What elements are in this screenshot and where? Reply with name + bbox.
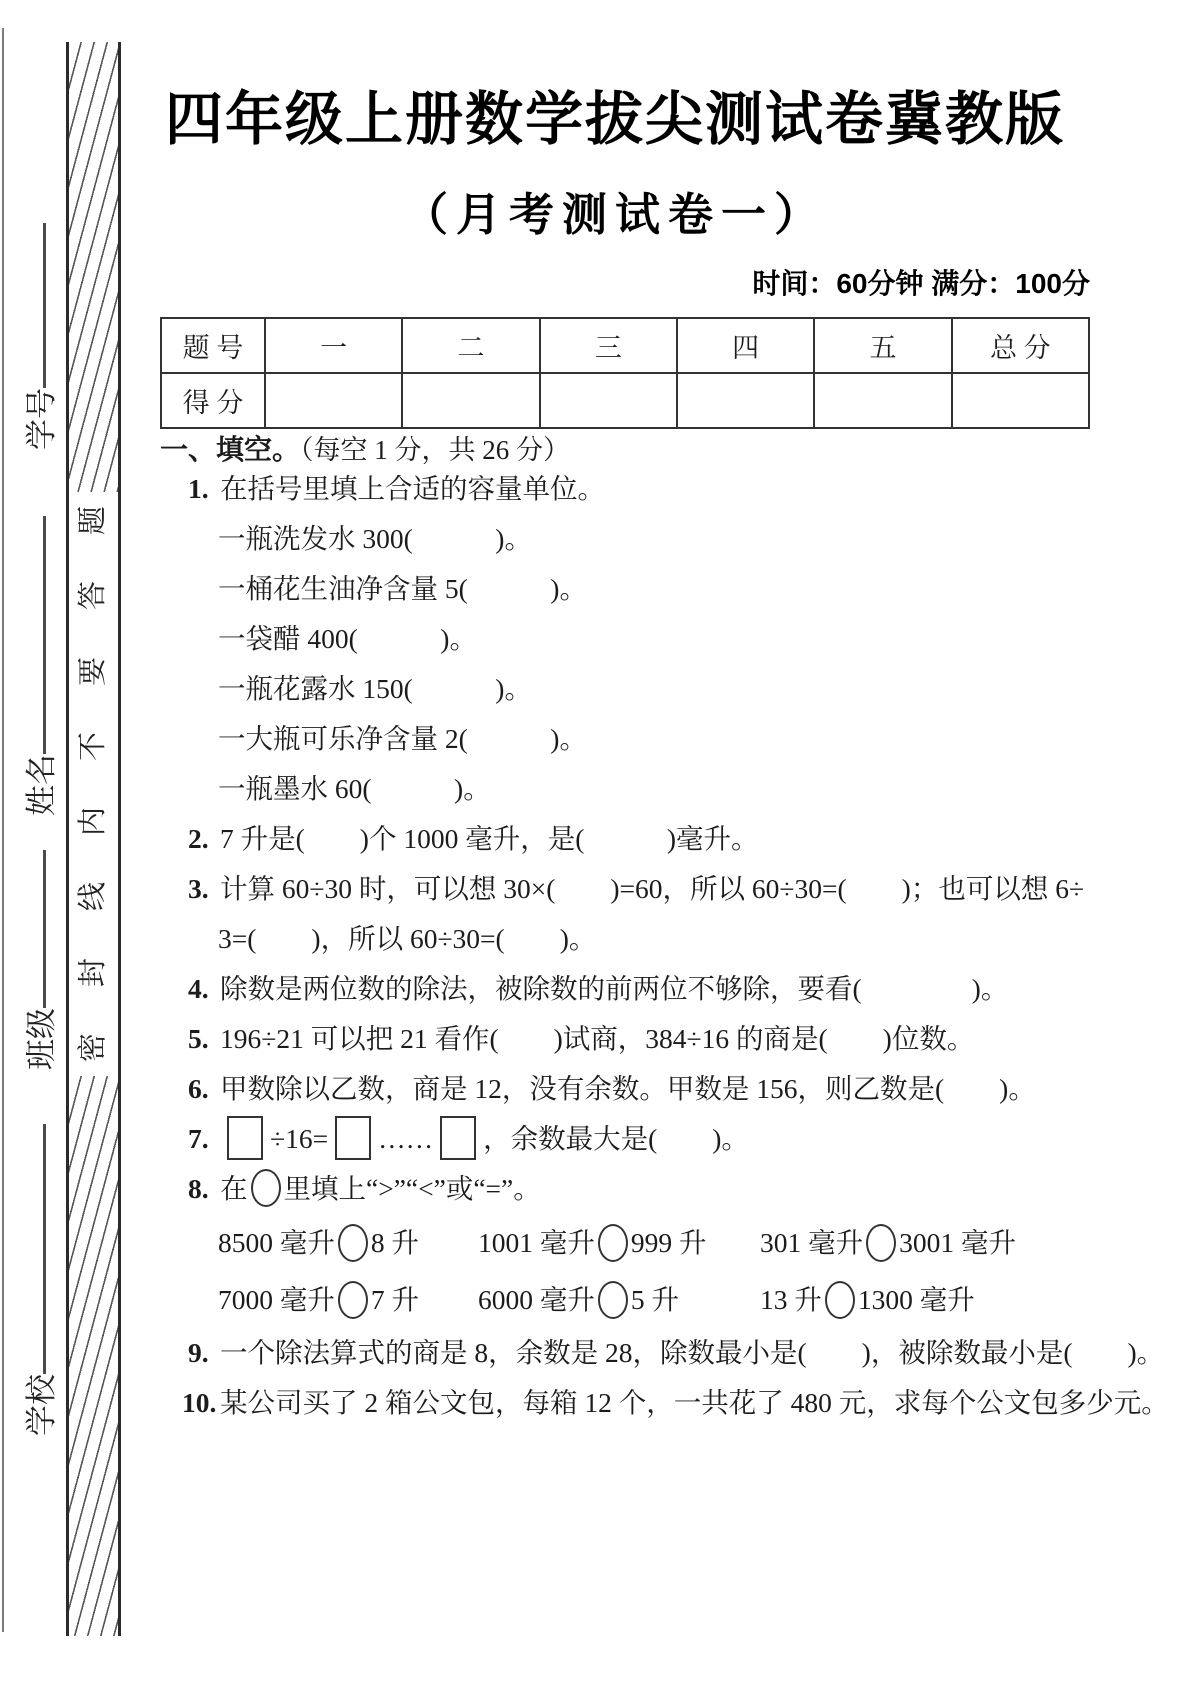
question-number: 5. xyxy=(188,1014,220,1064)
comparison-item: 8500 毫升8 升 xyxy=(218,1214,478,1271)
paper-subtitle: （月考测试卷一） xyxy=(140,178,1090,243)
question-text: 计算 60÷30 时，可以想 30×( )=60，所以 60÷30=( )；也可… xyxy=(220,873,1084,904)
field-school: 学校 xyxy=(16,1124,61,1436)
field-name: 姓名 xyxy=(16,516,61,816)
question-number: 1. xyxy=(188,464,220,514)
question-text: ÷16= xyxy=(270,1123,328,1154)
field-name-label: 姓名 xyxy=(16,754,61,816)
question-number: 8. xyxy=(188,1164,220,1214)
section-heading-note: （每空 1 分，共 26 分） xyxy=(300,435,570,465)
exam-paper-page: 学号 姓名 班级 学校 题 答 要 不 内 线 封 密 四年级上册数学拔尖测试卷… xyxy=(0,0,1191,1684)
compare-circle xyxy=(338,1224,368,1262)
blank-line xyxy=(42,850,46,1008)
comparison-row: 8500 毫升8 升 1001 毫升999 升 301 毫升3001 毫升 xyxy=(160,1214,1120,1271)
hatch-pattern-top xyxy=(69,42,118,492)
comparison-item: 1001 毫升999 升 xyxy=(478,1214,760,1271)
comparison-right: 999 升 xyxy=(631,1214,707,1271)
field-class-label: 班级 xyxy=(16,1008,61,1070)
score-table: 题 号 一 二 三 四 五 总 分 得 分 xyxy=(160,317,1090,429)
question-1-item: 一瓶花露水 150( )。 xyxy=(160,664,1120,714)
seal-char: 题 xyxy=(79,506,108,535)
compare-circle xyxy=(251,1169,281,1207)
question-number: 7. xyxy=(188,1114,220,1164)
section-heading-title: 一、填空。 xyxy=(160,434,300,465)
question-number: 2. xyxy=(188,814,220,864)
question-text: 某公司买了 2 箱公文包，每箱 12 个，一共花了 480 元，求每个公文包多少… xyxy=(220,1387,1169,1418)
seal-char: 封 xyxy=(79,958,108,987)
question-1-item: 一瓶洗发水 300( )。 xyxy=(160,514,1120,564)
seal-char: 内 xyxy=(79,807,108,836)
score-table-header-cell: 二 xyxy=(402,318,539,373)
question-6: 6.甲数除以乙数，商是 12，没有余数。甲数是 156，则乙数是( )。 xyxy=(160,1064,1120,1114)
seal-char: 密 xyxy=(79,1033,108,1062)
comparison-right: 7 升 xyxy=(371,1271,419,1328)
exam-time-score-meta: 时间：60分钟 满分：100分 xyxy=(140,262,1090,302)
question-2: 2.7 升是( )个 1000 毫升，是( )毫升。 xyxy=(160,814,1120,864)
question-5: 5.196÷21 可以把 21 看作( )试商，384÷16 的商是( )位数。 xyxy=(160,1014,1120,1064)
question-text: 里填上“>”“<”或“=”。 xyxy=(284,1173,541,1204)
field-student-number: 学号 xyxy=(16,223,61,450)
score-table-header-cell: 题 号 xyxy=(161,318,265,373)
comparison-left: 13 升 xyxy=(760,1271,822,1328)
question-1-item: 一桶花生油净含量 5( )。 xyxy=(160,564,1120,614)
comparison-item: 6000 毫升5 升 xyxy=(478,1271,760,1328)
question-text: 除数是两位数的除法，被除数的前两位不够除，要看( )。 xyxy=(220,973,1008,1004)
blank-box xyxy=(335,1116,371,1160)
comparison-item: 7000 毫升7 升 xyxy=(218,1271,478,1328)
question-number: 9. xyxy=(188,1328,220,1378)
score-table-header-row: 题 号 一 二 三 四 五 总 分 xyxy=(161,318,1089,373)
question-1-item: 一大瓶可乐净含量 2( )。 xyxy=(160,714,1120,764)
blank-line xyxy=(42,516,46,754)
comparison-right: 8 升 xyxy=(371,1214,419,1271)
score-cell-empty xyxy=(265,373,402,428)
blank-box xyxy=(440,1116,476,1160)
comparison-item: 301 毫升3001 毫升 xyxy=(760,1214,1016,1271)
compare-circle xyxy=(598,1281,628,1319)
blank-box xyxy=(227,1116,263,1160)
paper-title: 四年级上册数学拔尖测试卷冀教版 xyxy=(140,72,1090,156)
question-text: 甲数除以乙数，商是 12，没有余数。甲数是 156，则乙数是( )。 xyxy=(220,1073,1036,1104)
compare-circle xyxy=(338,1281,368,1319)
comparison-right: 3001 毫升 xyxy=(899,1214,1016,1271)
question-text: …… xyxy=(378,1123,433,1154)
comparison-left: 6000 毫升 xyxy=(478,1271,595,1328)
question-number: 4. xyxy=(188,964,220,1014)
question-text: 7 升是( )个 1000 毫升，是( )毫升。 xyxy=(220,823,759,854)
score-cell-empty xyxy=(952,373,1089,428)
score-cell-empty xyxy=(677,373,814,428)
question-4: 4.除数是两位数的除法，被除数的前两位不够除，要看( )。 xyxy=(160,964,1120,1014)
score-table-header-cell: 五 xyxy=(814,318,951,373)
score-table-header-cell: 总 分 xyxy=(952,318,1089,373)
comparison-right: 1300 毫升 xyxy=(858,1271,975,1328)
comparison-right: 5 升 xyxy=(631,1271,679,1328)
seal-char: 答 xyxy=(79,581,108,610)
field-class: 班级 xyxy=(16,850,61,1070)
field-school-label: 学校 xyxy=(16,1374,61,1436)
hatch-pattern-bottom xyxy=(69,1076,118,1636)
seal-line-text: 题 答 要 不 内 线 封 密 xyxy=(69,492,118,1076)
question-1-item: 一瓶墨水 60( )。 xyxy=(160,764,1120,814)
question-text: 一个除法算式的商是 8，余数是 28，除数最小是( )，被除数最小是( )。 xyxy=(220,1337,1164,1368)
question-number: 10. xyxy=(182,1378,220,1428)
question-text: 196÷21 可以把 21 看作( )试商，384÷16 的商是( )位数。 xyxy=(220,1023,974,1054)
compare-circle xyxy=(866,1224,896,1262)
question-1-item: 一袋醋 400( )。 xyxy=(160,614,1120,664)
comparison-left: 7000 毫升 xyxy=(218,1271,335,1328)
question-3-continued: 3=( )，所以 60÷30=( )。 xyxy=(160,914,1120,964)
comparison-left: 301 毫升 xyxy=(760,1214,863,1271)
score-table-score-row: 得 分 xyxy=(161,373,1089,428)
question-text: ，余数最大是( )。 xyxy=(483,1123,749,1154)
page-edge-line xyxy=(2,28,4,1632)
seal-char: 要 xyxy=(79,657,108,686)
question-number: 3. xyxy=(188,864,220,914)
question-8: 8.在里填上“>”“<”或“=”。 xyxy=(160,1164,1120,1214)
section-heading: 一、填空。（每空 1 分，共 26 分） xyxy=(160,428,570,468)
question-1: 1.在括号里填上合适的容量单位。 xyxy=(160,464,1120,514)
score-table-header-cell: 一 xyxy=(265,318,402,373)
score-table-header-cell: 三 xyxy=(540,318,677,373)
question-text: 在 xyxy=(220,1173,248,1204)
score-cell-empty xyxy=(402,373,539,428)
comparison-left: 1001 毫升 xyxy=(478,1214,595,1271)
seal-band: 题 答 要 不 内 线 封 密 xyxy=(66,42,121,1636)
score-table-header-cell: 四 xyxy=(677,318,814,373)
question-7: 7.÷16=……，余数最大是( )。 xyxy=(160,1114,1120,1164)
questions-list: 1.在括号里填上合适的容量单位。 一瓶洗发水 300( )。 一桶花生油净含量 … xyxy=(160,464,1120,1428)
question-9: 9.一个除法算式的商是 8，余数是 28，除数最小是( )，被除数最小是( )。 xyxy=(160,1328,1120,1378)
comparison-item: 13 升1300 毫升 xyxy=(760,1271,975,1328)
question-3: 3.计算 60÷30 时，可以想 30×( )=60，所以 60÷30=( )；… xyxy=(160,864,1120,914)
score-cell-empty xyxy=(814,373,951,428)
field-student-number-label: 学号 xyxy=(16,388,61,450)
question-text: 在括号里填上合适的容量单位。 xyxy=(220,473,605,504)
blank-line xyxy=(42,223,46,388)
seal-char: 不 xyxy=(79,732,108,761)
comparison-row: 7000 毫升7 升 6000 毫升5 升 13 升1300 毫升 xyxy=(160,1271,1120,1328)
score-cell-empty xyxy=(540,373,677,428)
comparison-left: 8500 毫升 xyxy=(218,1214,335,1271)
question-10: 10.某公司买了 2 箱公文包，每箱 12 个，一共花了 480 元，求每个公文… xyxy=(160,1378,1120,1428)
question-number: 6. xyxy=(188,1064,220,1114)
score-row-label: 得 分 xyxy=(161,373,265,428)
compare-circle xyxy=(598,1224,628,1262)
compare-circle xyxy=(825,1281,855,1319)
seal-char: 线 xyxy=(79,882,108,911)
blank-line xyxy=(42,1124,46,1374)
